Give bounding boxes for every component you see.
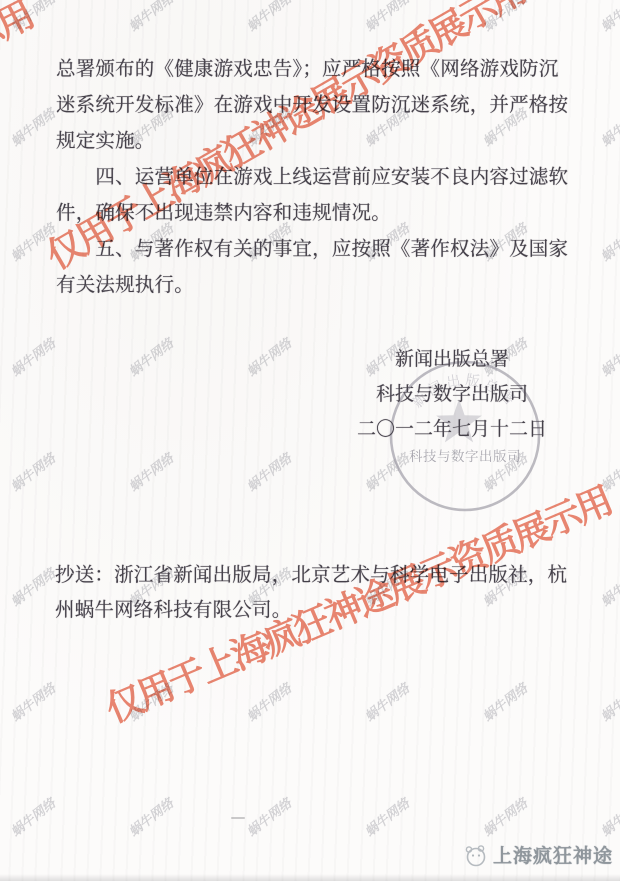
gray-watermark: 蜗牛网络 <box>242 678 295 725</box>
body-line: 规定实施。 <box>56 124 572 160</box>
gray-watermark: 蜗牛网络 <box>6 0 59 35</box>
red-watermark-partial: 仅用于上海疯狂神途展示资质展示用 <box>0 0 39 278</box>
gray-watermark: 蜗牛网络 <box>6 793 59 840</box>
gray-watermark: 蜗牛网络 <box>360 0 413 35</box>
gray-watermark: 蜗牛网络 <box>6 678 59 725</box>
cc-block: 抄送：浙江省新闻出版局，北京艺术与科学电子出版社，杭 州蜗牛网络科技有限公司。 <box>55 558 575 628</box>
gray-watermark: 蜗牛网络 <box>6 563 59 610</box>
body-line: 总署颁布的《健康游戏忠告》；应严格按照《网络游戏防沉 <box>56 52 572 88</box>
cc-line: 抄送：浙江省新闻出版局，北京艺术与科学电子出版社，杭 <box>55 558 575 593</box>
mascot-face-icon <box>462 842 488 868</box>
gray-watermark: 蜗牛网络 <box>6 103 59 150</box>
cc-line: 州蜗牛网络科技有限公司。 <box>55 593 575 628</box>
gray-watermark: 蜗牛网络 <box>478 793 531 840</box>
gray-watermark: 蜗牛网络 <box>6 448 59 495</box>
gray-watermark: 蜗牛网络 <box>596 678 620 725</box>
gray-watermark: 蜗牛网络 <box>124 333 177 380</box>
gray-watermark: 蜗牛网络 <box>478 678 531 725</box>
issuing-org: 新闻出版总署 <box>352 342 552 377</box>
body-line: 五、与著作权有关的事宜，应按照《著作权法》及国家 <box>56 232 572 268</box>
gray-watermark: 蜗牛网络 <box>596 333 620 380</box>
gray-watermark: 蜗牛网络 <box>360 793 413 840</box>
footer-logo-text: 上海疯狂神途 <box>493 841 613 868</box>
issue-date: 二〇一二年七月十二日 <box>352 412 552 447</box>
gray-watermark: 蜗牛网络 <box>596 793 620 840</box>
gray-watermark: 蜗牛网络 <box>596 103 620 150</box>
body-line: 件，确保不出现违禁内容和违规情况。 <box>56 196 572 232</box>
gray-watermark: 蜗牛网络 <box>6 333 59 380</box>
scanned-document-page: 蜗牛网络蜗牛网络蜗牛网络蜗牛网络蜗牛网络蜗牛网络蜗牛网络蜗牛网络蜗牛网络蜗牛网络… <box>0 0 620 881</box>
body-line: 四、运营单位在游戏上线运营前应安装不良内容过滤软 <box>56 160 572 196</box>
gray-watermark: 蜗牛网络 <box>360 678 413 725</box>
gray-watermark: 蜗牛网络 <box>242 333 295 380</box>
gray-watermark: 蜗牛网络 <box>242 793 295 840</box>
gray-watermark: 蜗牛网络 <box>124 448 177 495</box>
document-body: 总署颁布的《健康游戏忠告》；应严格按照《网络游戏防沉 迷系统开发标准》在游戏中开… <box>56 52 572 304</box>
gray-watermark: 蜗牛网络 <box>124 793 177 840</box>
gray-watermark: 蜗牛网络 <box>242 0 295 35</box>
issuing-dept: 科技与数字出版司 <box>352 377 552 412</box>
stamp-bottom-text: 科技与数字出版司 <box>409 448 521 464</box>
gray-watermark: 蜗牛网络 <box>596 448 620 495</box>
footer-logo: 上海疯狂神途 <box>462 841 613 868</box>
gray-watermark: 蜗牛网络 <box>478 0 531 35</box>
gray-watermark: 蜗牛网络 <box>124 0 177 35</box>
scan-speck <box>231 817 245 819</box>
gray-watermark: 蜗牛网络 <box>242 448 295 495</box>
gray-watermark: 蜗牛网络 <box>6 218 59 265</box>
gray-watermark: 蜗牛网络 <box>596 563 620 610</box>
gray-watermark: 蜗牛网络 <box>124 678 177 725</box>
body-line: 有关法规执行。 <box>56 268 572 304</box>
gray-watermark: 蜗牛网络 <box>596 218 620 265</box>
body-line: 迷系统开发标准》在游戏中开发设置防沉迷系统，并严格按 <box>56 88 572 124</box>
signature-block: 新闻出版总署 科技与数字出版司 二〇一二年七月十二日 <box>352 342 552 447</box>
gray-watermark: 蜗牛网络 <box>596 0 620 35</box>
